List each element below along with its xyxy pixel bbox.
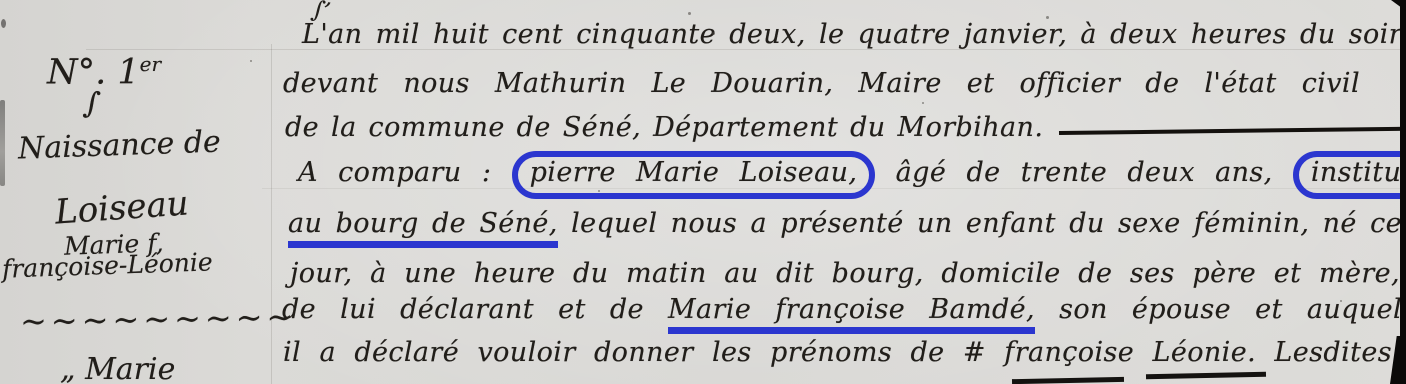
blue-oval-father-name-annotation: pierre Marie Loiseau, [512, 151, 876, 199]
blue-oval-profession-annotation: instituteur [1293, 151, 1406, 199]
act-line-8: il a déclaré vouloir donner les prénoms … [283, 337, 1392, 368]
act-line-2: devant nous Mathurin Le Douarin, Maire e… [283, 68, 1360, 99]
act-number: N°. 1er [47, 52, 161, 93]
act-line-4-mid: âgé de trente deux ans, [896, 157, 1273, 188]
ink-speck [712, 32, 715, 35]
act-line-5-rest: lequel nous a présenté un enfant du sexe… [571, 208, 1402, 239]
act-number-superscript: er [140, 52, 161, 76]
ink-speck [1046, 16, 1049, 19]
act-line-4-pre: A comparu : [298, 157, 491, 188]
child-surname: Loiseau [54, 183, 190, 232]
margin-partial-bottom-text: „ Marie [60, 352, 175, 384]
blue-underline-place-annotation: au bourg de Séné, [288, 208, 558, 248]
act-line-7: de lui déclarant et de Marie françoise B… [282, 294, 1402, 325]
act-line-7-pre: de lui déclarant et de [282, 294, 644, 325]
ink-speck [250, 60, 252, 62]
filler-line [1059, 126, 1406, 134]
act-line-1: L'an mil huit cent cinquante deux, le qu… [302, 19, 1402, 50]
act-line-7-rest: son épouse et auquel [1059, 294, 1402, 325]
margin-section-title: Naissance de [17, 124, 221, 166]
act-line-5: au bourg de Séné, lequel nous a présenté… [288, 208, 1402, 239]
ink-speck [922, 102, 924, 104]
blue-underline-mother-name-annotation: Marie françoise Bamdé, [668, 294, 1035, 334]
scan-edge-left-mark [1, 19, 6, 28]
act-line-4: A comparu : pierre Marie Loiseau, âgé de… [298, 157, 1406, 188]
act-number-flourish: ∫ [82, 85, 102, 122]
ink-speck [1340, 300, 1342, 302]
ink-underline-remnant-1 [1012, 377, 1124, 384]
act-line-3: de la commune de Séné, Département du Mo… [285, 112, 1406, 143]
scan-edge-top-right-wedge [1391, 0, 1406, 11]
act-line-6: jour, à une heure du matin au dit bourg,… [290, 258, 1400, 289]
scan-edge-right-strip [1400, 0, 1406, 384]
margin-separator-squiggle: ~~~~~~~~~ [20, 298, 298, 341]
birth-register-scan: N°. 1er ∫ Naissance de Loiseau Marie f, … [0, 0, 1406, 384]
act-line-3-text: de la commune de Séné, Département du Mo… [285, 112, 1043, 143]
scan-edge-bottom-right-wedge [1390, 336, 1406, 384]
child-givenname-line-2: françoise-Léonie [2, 247, 214, 283]
scan-edge-left-scratch [0, 100, 5, 186]
ink-speck [598, 190, 600, 192]
ink-underline-remnant-2 [1146, 372, 1266, 380]
ink-speck [688, 12, 691, 15]
